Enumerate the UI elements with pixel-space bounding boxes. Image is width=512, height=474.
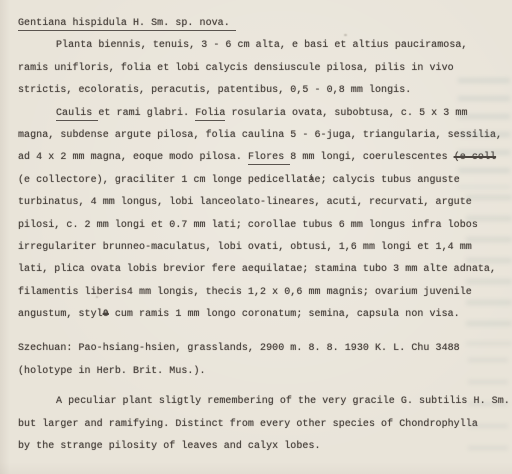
latin-description-line: lati, plica ovata lobis brevior fere aeq… (18, 259, 504, 281)
text-segment: turbinatus, 4 mm longus, lobi lanceolato… (18, 197, 472, 208)
text-segment: filamentis liberis4 mm longis, thecis 1,… (18, 287, 472, 298)
text-segment: (holotype in Herb. Brit. Mus.). (18, 366, 206, 377)
latin-description-line: Caulis et rami glabri. Folia rosularia o… (18, 103, 504, 125)
collection-locality-line: Szechuan: Pao-hsiang-hsien, grasslands, … (18, 338, 504, 360)
text-segment: e; calycis tubus anguste (315, 175, 460, 186)
text-segment: pilosi, c. 2 mm longi et 0.7 mm lati; co… (18, 220, 478, 231)
commentary-line: but larger and ramifying. Distinct from … (18, 414, 504, 436)
latin-description-line: irregulariter brunneo-maculatus, lobi ov… (18, 237, 504, 259)
latin-description-line: (e collectore), graciliter 1 cm longe pe… (18, 170, 504, 192)
text-segment: eo (103, 309, 109, 320)
text-segment: ramis unifloris, folia et lobi calycis d… (18, 63, 454, 74)
text-segment: Caulis (56, 108, 98, 121)
holotype-line: (holotype in Herb. Brit. Mus.). (18, 361, 504, 383)
text-segment: Planta biennis, tenuis, 3 - 6 cm alta, e… (56, 40, 467, 51)
text-segment: (e coll (454, 152, 496, 163)
text-segment: Folia (195, 108, 225, 121)
text-segment: Szechuan: Pao-hsiang-hsien, grasslands, … (18, 343, 460, 354)
text-segment: et rami glabri. (98, 108, 195, 119)
latin-description-line: ramis unifloris, folia et lobi calycis d… (18, 58, 504, 80)
latin-description-line: magna, subdense argute pilosa, folia cau… (18, 125, 504, 147)
text-segment: A peculiar plant sligtly remembering of … (56, 396, 510, 407)
latin-description-line: strictis, ecoloratis, peracutis, patenti… (18, 80, 504, 102)
text-lines: Gentiana hispidula H. Sm. sp. nova. Plan… (18, 13, 504, 458)
latin-description-line: angustum, styleo cum ramis 1 mm longo co… (18, 304, 504, 326)
latin-description-line: Planta biennis, tenuis, 3 - 6 cm alta, e… (18, 35, 504, 57)
scanned-typescript-page: Gentiana hispidula H. Sm. sp. nova. Plan… (0, 0, 512, 474)
text-segment: ai (308, 175, 314, 186)
text-segment: irregulariter brunneo-maculatus, lobi ov… (18, 242, 472, 253)
text-segment: rosularia ovata, subobtusa, c. 5 x 3 mm (225, 108, 467, 119)
commentary-line: by the strange pilosity of leaves and ca… (18, 436, 504, 458)
text-segment: Gentiana hispidula H. Sm. sp. nova. (18, 18, 236, 31)
text-segment: by the strange pilosity of leaves and ca… (18, 441, 321, 452)
commentary-line: A peculiar plant sligtly remembering of … (18, 391, 504, 413)
text-segment: Flores (248, 152, 290, 165)
text-segment: but larger and ramifying. Distinct from … (18, 419, 478, 430)
text-segment: strictis, ecoloratis, peracutis, patenti… (18, 85, 411, 96)
text-segment: ad 4 x 2 mm magna, eoque modo pilosa. (18, 152, 248, 163)
text-segment: (e collectore), graciliter 1 cm longe pe… (18, 175, 308, 186)
latin-description-line: pilosi, c. 2 mm longi et 0.7 mm lati; co… (18, 215, 504, 237)
text-segment: 8 mm longi, coerulescentes (290, 152, 453, 163)
latin-description-line: turbinatus, 4 mm longus, lobi lanceolato… (18, 192, 504, 214)
text-segment: angustum, styl (18, 309, 103, 320)
text-segment: lati, plica ovata lobis brevior fere aeq… (18, 264, 496, 275)
text-segment: magna, subdense argute pilosa, folia cau… (18, 130, 502, 141)
species-heading: Gentiana hispidula H. Sm. sp. nova. (18, 13, 504, 35)
latin-description-line: ad 4 x 2 mm magna, eoque modo pilosa. Fl… (18, 147, 504, 169)
text-segment: cum ramis 1 mm longo coronatum; semina, … (109, 309, 460, 320)
latin-description-line: filamentis liberis4 mm longis, thecis 1,… (18, 282, 504, 304)
